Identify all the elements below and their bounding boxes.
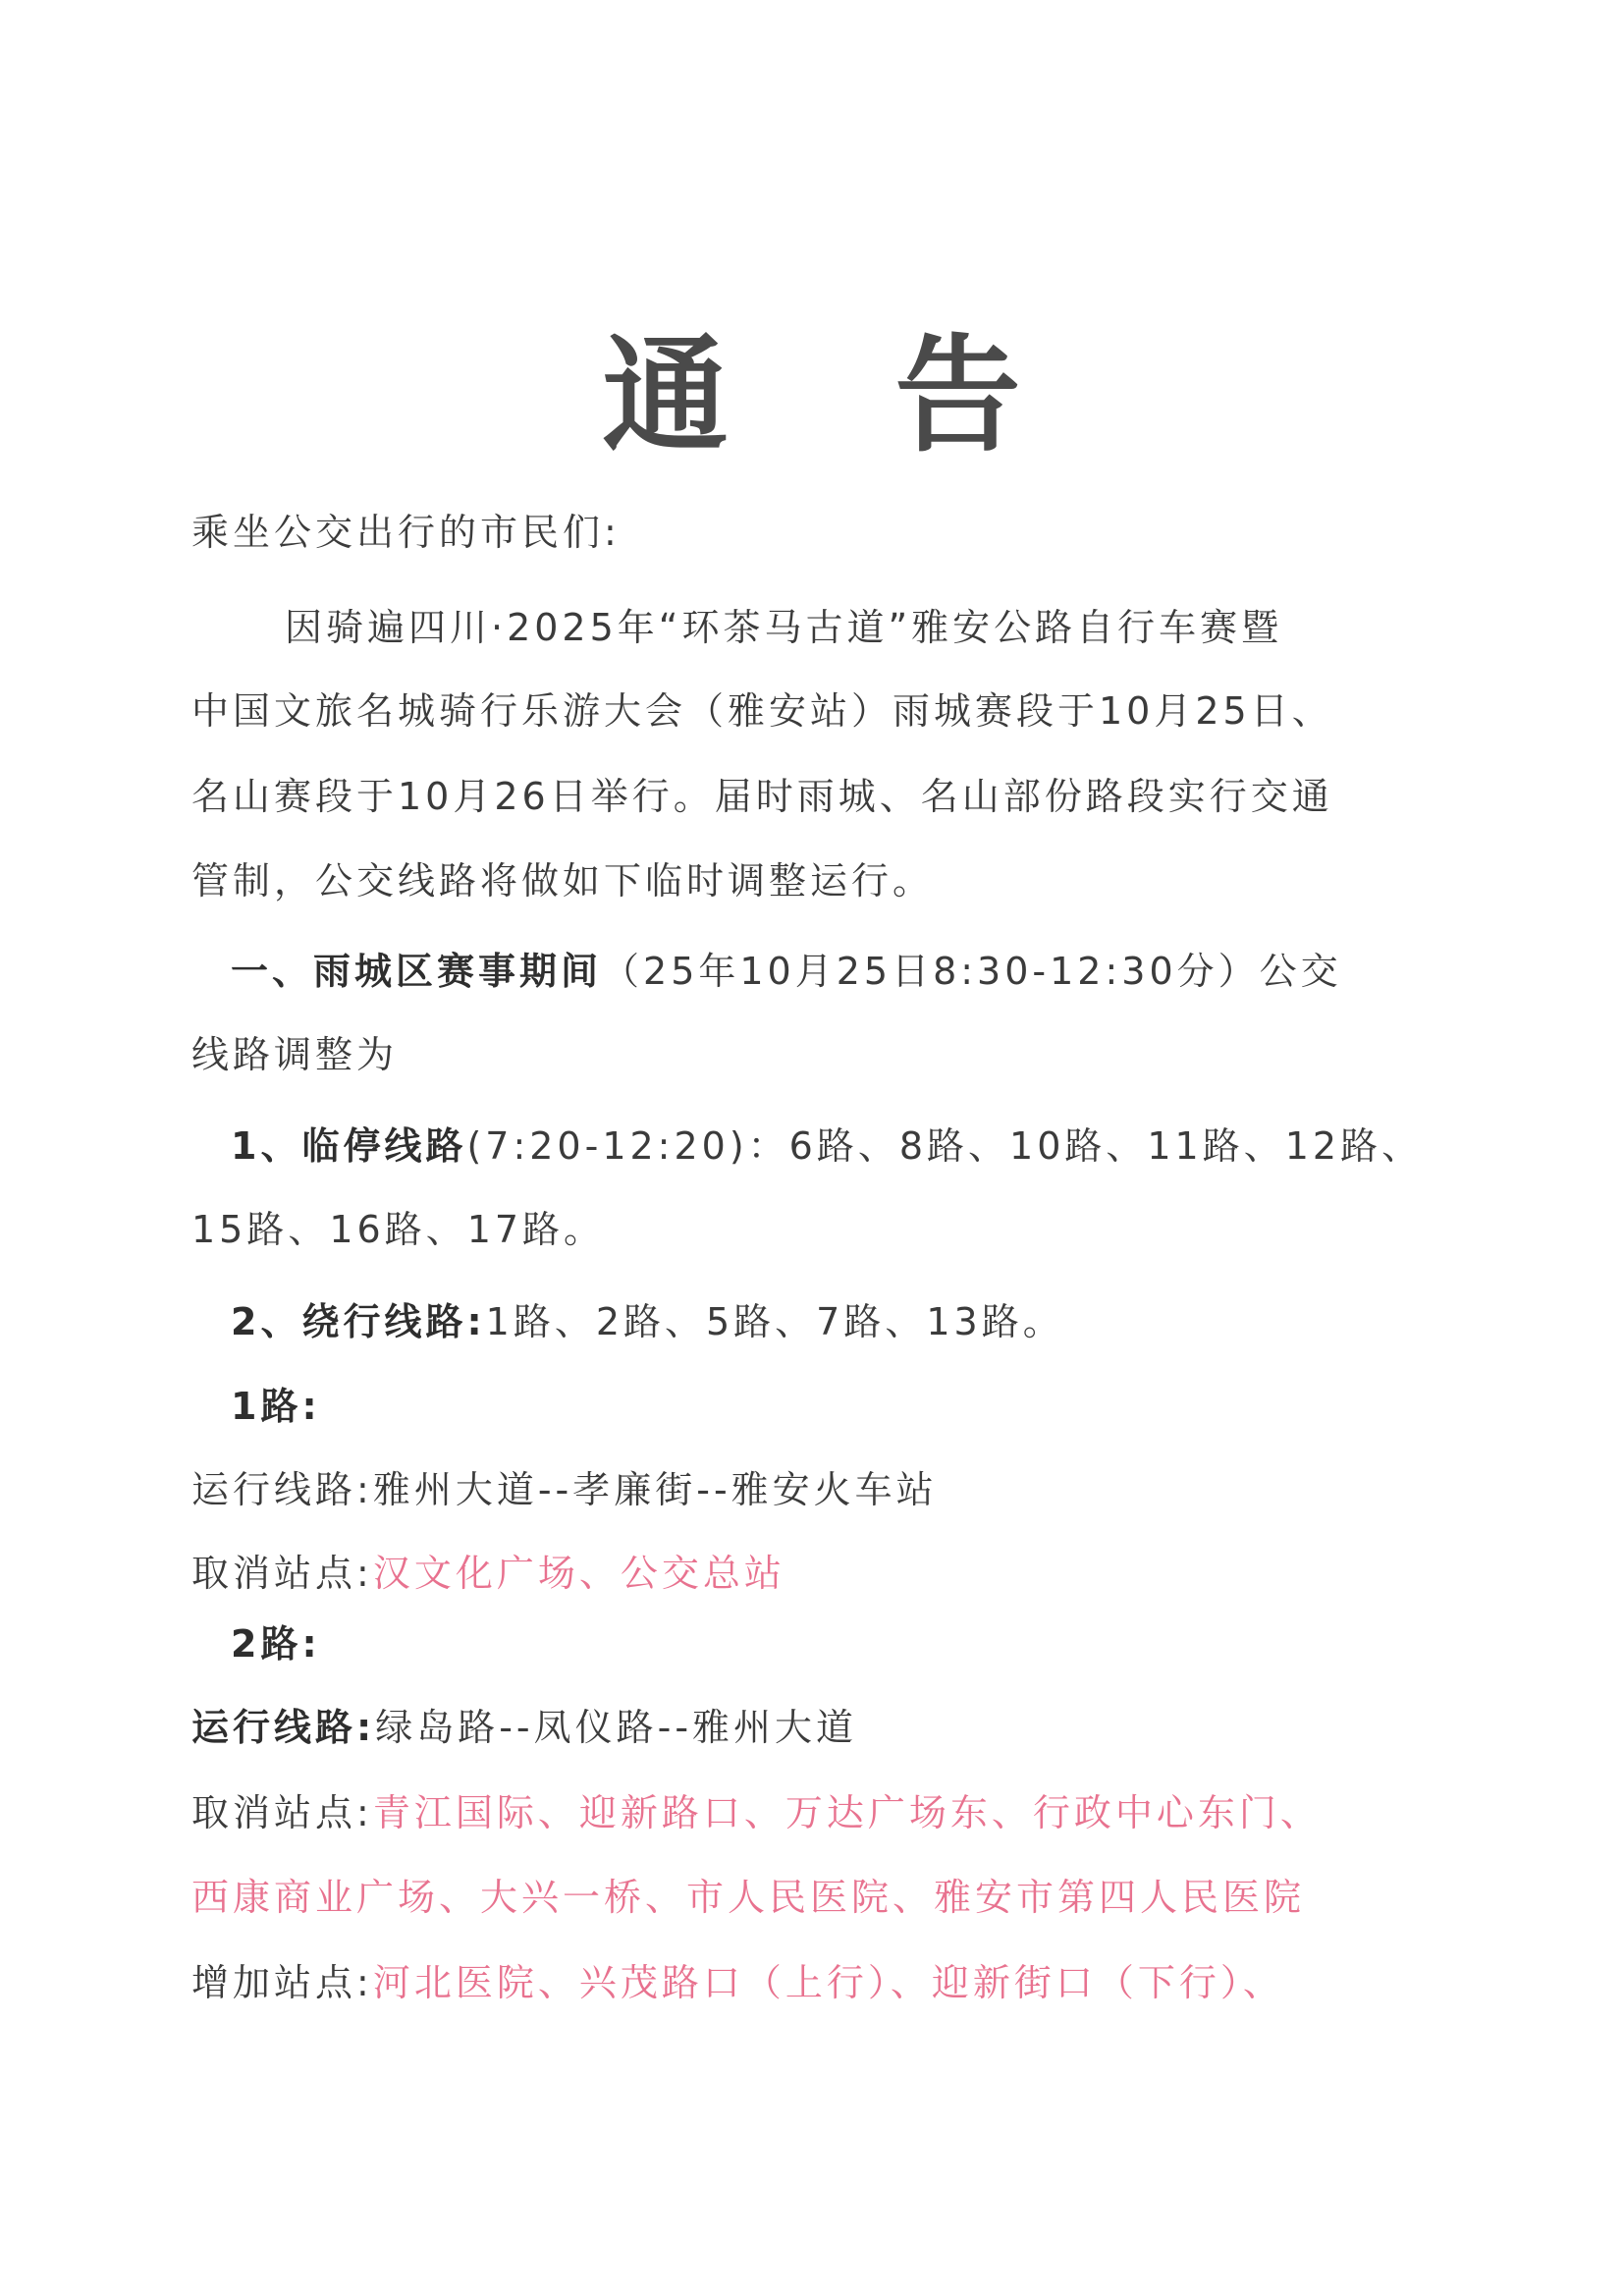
intro-line-3: 名山赛段于10月26日举行。届时雨城、名山部份路段实行交通 bbox=[191, 773, 1333, 820]
route2-name: 2路: bbox=[231, 1620, 321, 1667]
section1-heading-cont: 线路调整为 bbox=[191, 1031, 398, 1078]
route2-add: 增加站点:河北医院、兴茂路口（上行）、迎新街口（下行）、 bbox=[191, 1959, 1284, 2006]
route1-route-value: 雅州大道--孝廉街--雅安火车站 bbox=[373, 1468, 938, 1511]
salutation: 乘坐公交出行的市民们: bbox=[191, 509, 621, 556]
route1-name: 1路: bbox=[231, 1383, 321, 1430]
route1-cancel-label: 取消站点: bbox=[191, 1552, 373, 1595]
route2-cancel-label: 取消站点: bbox=[191, 1791, 373, 1834]
route1-cancel-stops: 汉文化广场、公交总站 bbox=[373, 1552, 785, 1595]
item1-cont: 15路、16路、17路。 bbox=[191, 1206, 605, 1253]
section1-heading-rest: （25年10月25日8:30-12:30分）公交 bbox=[602, 950, 1342, 993]
route2-cancel-stops-2: 西康商业广场、大兴一桥、市人民医院、雅安市第四人民医院 bbox=[191, 1874, 1305, 1921]
title-char-1: 通 bbox=[602, 295, 728, 475]
item2: 2、绕行线路:1路、2路、5路、7路、13路。 bbox=[231, 1298, 1064, 1345]
intro-line-1: 因骑遍四川·2025年“环茶马古道”雅安公路自行车赛暨 bbox=[285, 604, 1282, 651]
item1: 1、临停线路(7:20-12:20)：6路、8路、10路、11路、12路、 bbox=[231, 1122, 1423, 1170]
title-char-2: 告 bbox=[895, 295, 1021, 475]
item1-label: 1、临停线路 bbox=[231, 1124, 466, 1168]
route2-cancel-stops-1: 青江国际、迎新路口、万达广场东、行政中心东门、 bbox=[373, 1791, 1322, 1834]
route2-route-value: 绿岛路--凤仪路--雅州大道 bbox=[375, 1706, 857, 1749]
section1-heading: 一、雨城区赛事期间（25年10月25日8:30-12:30分）公交 bbox=[231, 948, 1342, 995]
route2-cancel: 取消站点:青江国际、迎新路口、万达广场东、行政中心东门、 bbox=[191, 1789, 1322, 1836]
route2-add-label: 增加站点: bbox=[191, 1961, 373, 2004]
page-title: 通告 bbox=[0, 295, 1623, 475]
route1-cancel: 取消站点:汉文化广场、公交总站 bbox=[191, 1550, 785, 1597]
intro-line-2: 中国文旅名城骑行乐游大会（雅安站）雨城赛段于10月25日、 bbox=[191, 687, 1333, 735]
item1-rest: (7:20-12:20)：6路、8路、10路、11路、12路、 bbox=[466, 1124, 1423, 1168]
section1-heading-bold: 一、雨城区赛事期间 bbox=[231, 950, 602, 993]
item2-label: 2、绕行线路: bbox=[231, 1300, 486, 1343]
route2-route-label: 运行线路: bbox=[191, 1706, 375, 1749]
route2-route: 运行线路:绿岛路--凤仪路--雅州大道 bbox=[191, 1704, 857, 1751]
route2-add-stops: 河北医院、兴茂路口（上行）、迎新街口（下行）、 bbox=[373, 1961, 1284, 2004]
route1-route-label: 运行线路: bbox=[191, 1468, 373, 1511]
route1-route: 运行线路:雅州大道--孝廉街--雅安火车站 bbox=[191, 1466, 938, 1513]
item2-rest: 1路、2路、5路、7路、13路。 bbox=[486, 1300, 1064, 1343]
intro-line-4: 管制，公交线路将做如下临时调整运行。 bbox=[191, 857, 934, 904]
